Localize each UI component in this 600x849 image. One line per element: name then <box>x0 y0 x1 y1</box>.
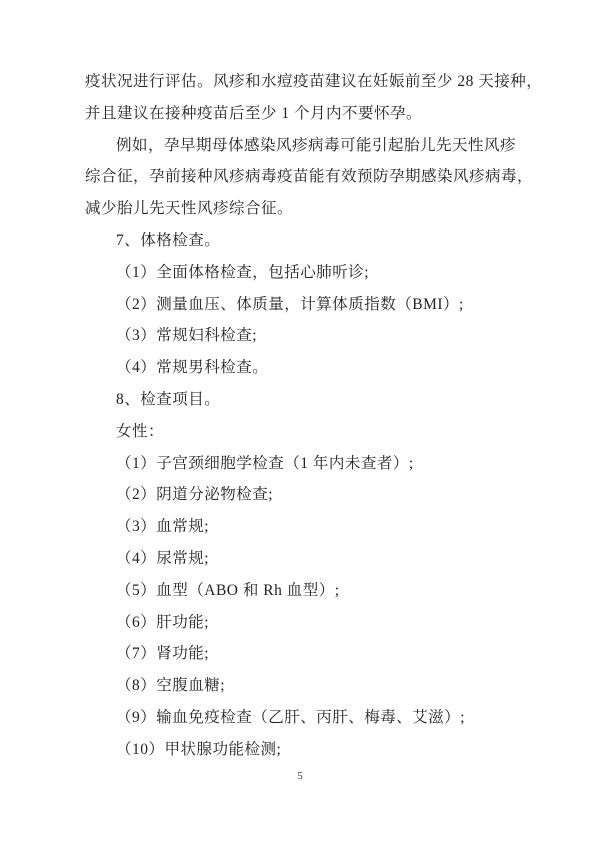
list-item: （9）输血免疫检查（乙肝、丙肝、梅毒、艾滋）; <box>85 702 524 734</box>
list-item: （1）子宫颈细胞学检查（1 年内未查者）; <box>85 448 524 480</box>
list-item: （4）常规男科检查。 <box>85 352 524 384</box>
body-line: 疫状况进行评估。风疹和水痘疫苗建议在妊娠前至少 28 天接种， <box>85 66 524 98</box>
section-heading-8: 8、检查项目。 <box>85 384 524 416</box>
list-item: （10）甲状腺功能检测; <box>85 734 524 766</box>
list-item: （7）肾功能; <box>85 638 524 670</box>
list-item: （3）血常规; <box>85 511 524 543</box>
document-page: 疫状况进行评估。风疹和水痘疫苗建议在妊娠前至少 28 天接种， 并且建议在接种疫… <box>0 0 600 849</box>
list-item: （1）全面体格检查，包括心肺听诊; <box>85 257 524 289</box>
list-item: （5）血型（ABO 和 Rh 血型）; <box>85 575 524 607</box>
body-line: 综合征，孕前接种风疹病毒疫苗能有效预防孕期感染风疹病毒， <box>85 161 524 193</box>
list-item: （6）肝功能; <box>85 607 524 639</box>
body-line: 减少胎儿先天性风疹综合征。 <box>85 193 524 225</box>
list-item: （8）空腹血糖; <box>85 670 524 702</box>
paragraph-start: 例如，孕早期母体感染风疹病毒可能引起胎儿先天性风疹 <box>85 130 524 162</box>
body-line: 并且建议在接种疫苗后至少 1 个月内不要怀孕。 <box>85 98 524 130</box>
list-item: （3）常规妇科检查; <box>85 320 524 352</box>
subsection-label-female: 女性： <box>85 416 524 448</box>
list-item: （2）测量血压、体质量，计算体质指数（BMI）; <box>85 289 524 321</box>
list-item: （2）阴道分泌物检查; <box>85 479 524 511</box>
section-heading-7: 7、体格检查。 <box>85 225 524 257</box>
page-number: 5 <box>0 769 600 783</box>
list-item: （4）尿常规; <box>85 543 524 575</box>
